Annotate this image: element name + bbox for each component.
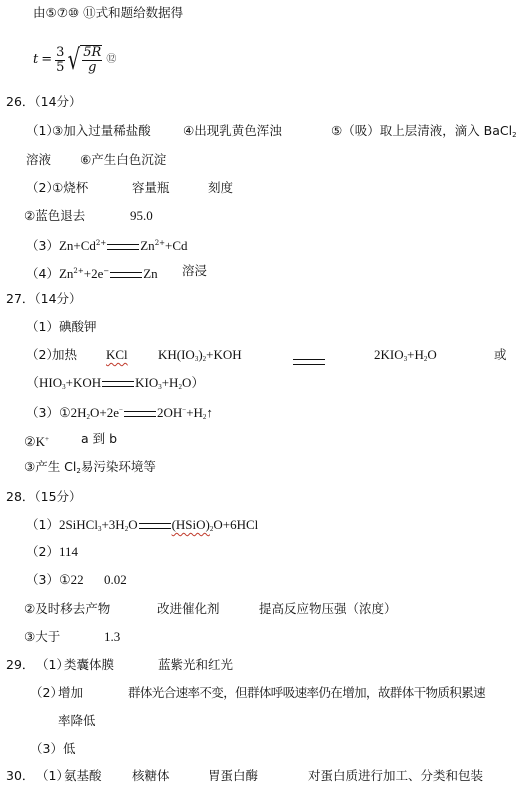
q27-p1-line: （1）碘酸钾	[26, 318, 96, 336]
q29-p2-cont: 率降低	[58, 712, 96, 730]
equals-sign	[102, 381, 134, 387]
q27-header: 27．（14分）	[6, 290, 82, 308]
q29-p3-line: （3）低	[30, 740, 75, 758]
radical-sign: √	[68, 45, 80, 75]
up-arrow-icon: ↑	[206, 405, 213, 420]
formula-mark: ⑫	[106, 51, 116, 69]
equals-sign	[110, 272, 142, 278]
formula-lhs: t	[33, 51, 38, 69]
q28-p1-equation: （1）2SiHCl3+3H2O(HSiO)2O+6HCl	[26, 516, 258, 538]
q26-p4-equation: （4）Zn2++2e−Zn 溶浸	[26, 262, 326, 284]
q26-p3-equation: （3）Zn+Cd2+Zn2++Cd	[26, 234, 188, 256]
formula-sqrt: √ 5R g	[65, 45, 102, 75]
q30-header: 30．	[6, 767, 34, 785]
q28-p2-line: （2）114	[26, 543, 78, 561]
equals-sign	[293, 359, 325, 365]
formula-equals: =	[41, 51, 52, 69]
q27-p3-equation: （3）①2H2O+2e−2OH−+H2↑	[26, 401, 213, 426]
q29-header: 29．	[6, 656, 34, 674]
intro-text: 由⑤⑦⑩ ⑪式和题给数据得	[33, 4, 183, 22]
q26-header: 26．（14分）	[6, 93, 82, 111]
q28-header: 28．（15分）	[6, 488, 82, 506]
q27-p3-d: ③产生 Cl2易污染环境等	[24, 458, 156, 480]
formula-t: t = 3 5 √ 5R g ⑫	[33, 42, 116, 78]
equals-sign	[139, 523, 171, 529]
equals-sign	[124, 411, 156, 417]
formula-coefficient: 3 5	[55, 46, 65, 75]
equals-sign	[107, 244, 139, 250]
q27-p2-alt: （HIO3+KOHKIO3+H2O）	[26, 374, 204, 396]
